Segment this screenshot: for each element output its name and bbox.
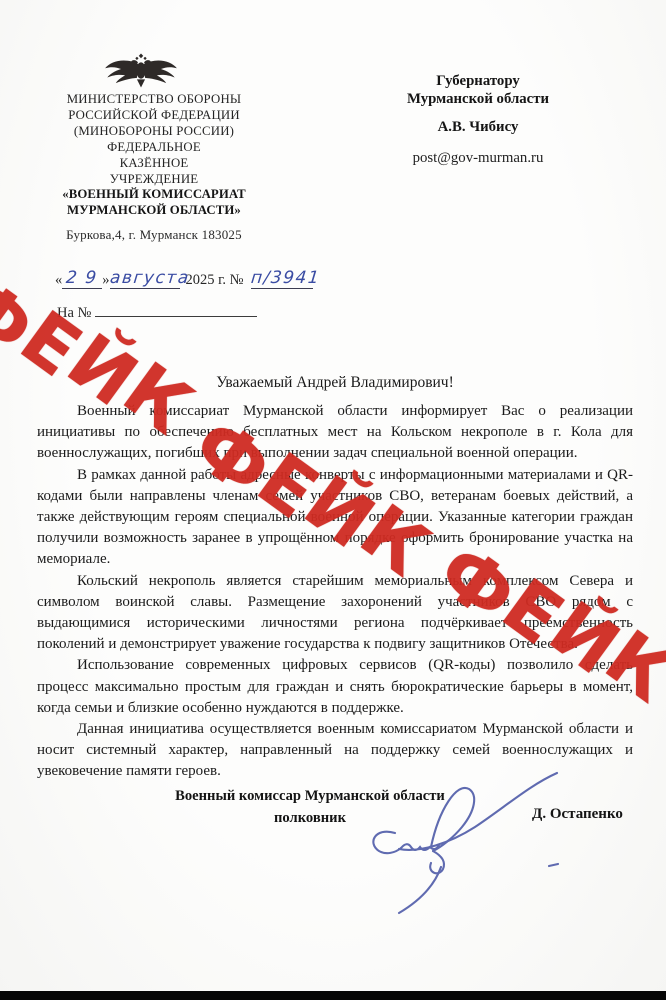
signature-stroke [399,773,557,850]
date-month-handwritten: августа [109,270,190,287]
bottom-black-bar [0,991,666,1000]
outgoing-number-handwritten: п/3941 [250,270,321,287]
letter-page: МИНИСТЕРСТВО ОБОРОНЫ РОССИЙСКОЙ ФЕДЕРАЦИ… [0,0,666,1000]
date-day-handwritten: 2 9 [66,270,99,287]
reply-blank-line [95,303,257,317]
letterhead-line: УЧРЕЖДЕНИЕ [38,172,270,188]
letterhead-line: ФЕДЕРАЛЬНОЕ [38,140,270,156]
mod-double-eagle-emblem-icon [104,53,178,88]
recipient-name: А.В. Чибису [376,118,580,136]
recipient-title-line: Губернатору [376,72,580,90]
fake-watermark-stamp: ФЕЙК [0,268,201,444]
letterhead-line: (МИНОБОРОНЫ РОССИИ) [38,124,270,140]
date-open-quote: « [55,272,62,289]
letterhead-line: КАЗЁННОЕ [38,156,270,172]
letterhead-line: МИНИСТЕРСТВО ОБОРОНЫ [38,92,270,108]
handwritten-signature [365,765,593,923]
date-year-label: 2025 г. № [186,272,244,289]
recipient-title-line: Мурманской области [376,90,580,108]
org-name-line: «ВОЕННЫЙ КОМИССАРИАТ [38,187,270,203]
letterhead-line: РОССИЙСКОЙ ФЕДЕРАЦИИ [38,108,270,124]
org-name-line: МУРМАНСКОЙ ОБЛАСТИ» [38,203,270,219]
sender-address: Буркова,4, г. Мурманск 183025 [38,227,270,243]
date-reference-line: « 2 9 » августа 2025 г. № п/3941 [55,270,313,289]
recipient-email: post@gov-murman.ru [376,149,580,167]
body-paragraph: Использование современных цифровых серви… [37,655,633,719]
recipient-block: Губернатору Мурманской области А.В. Чиби… [376,72,580,167]
letterhead-block: МИНИСТЕРСТВО ОБОРОНЫ РОССИЙСКОЙ ФЕДЕРАЦИ… [38,92,270,243]
